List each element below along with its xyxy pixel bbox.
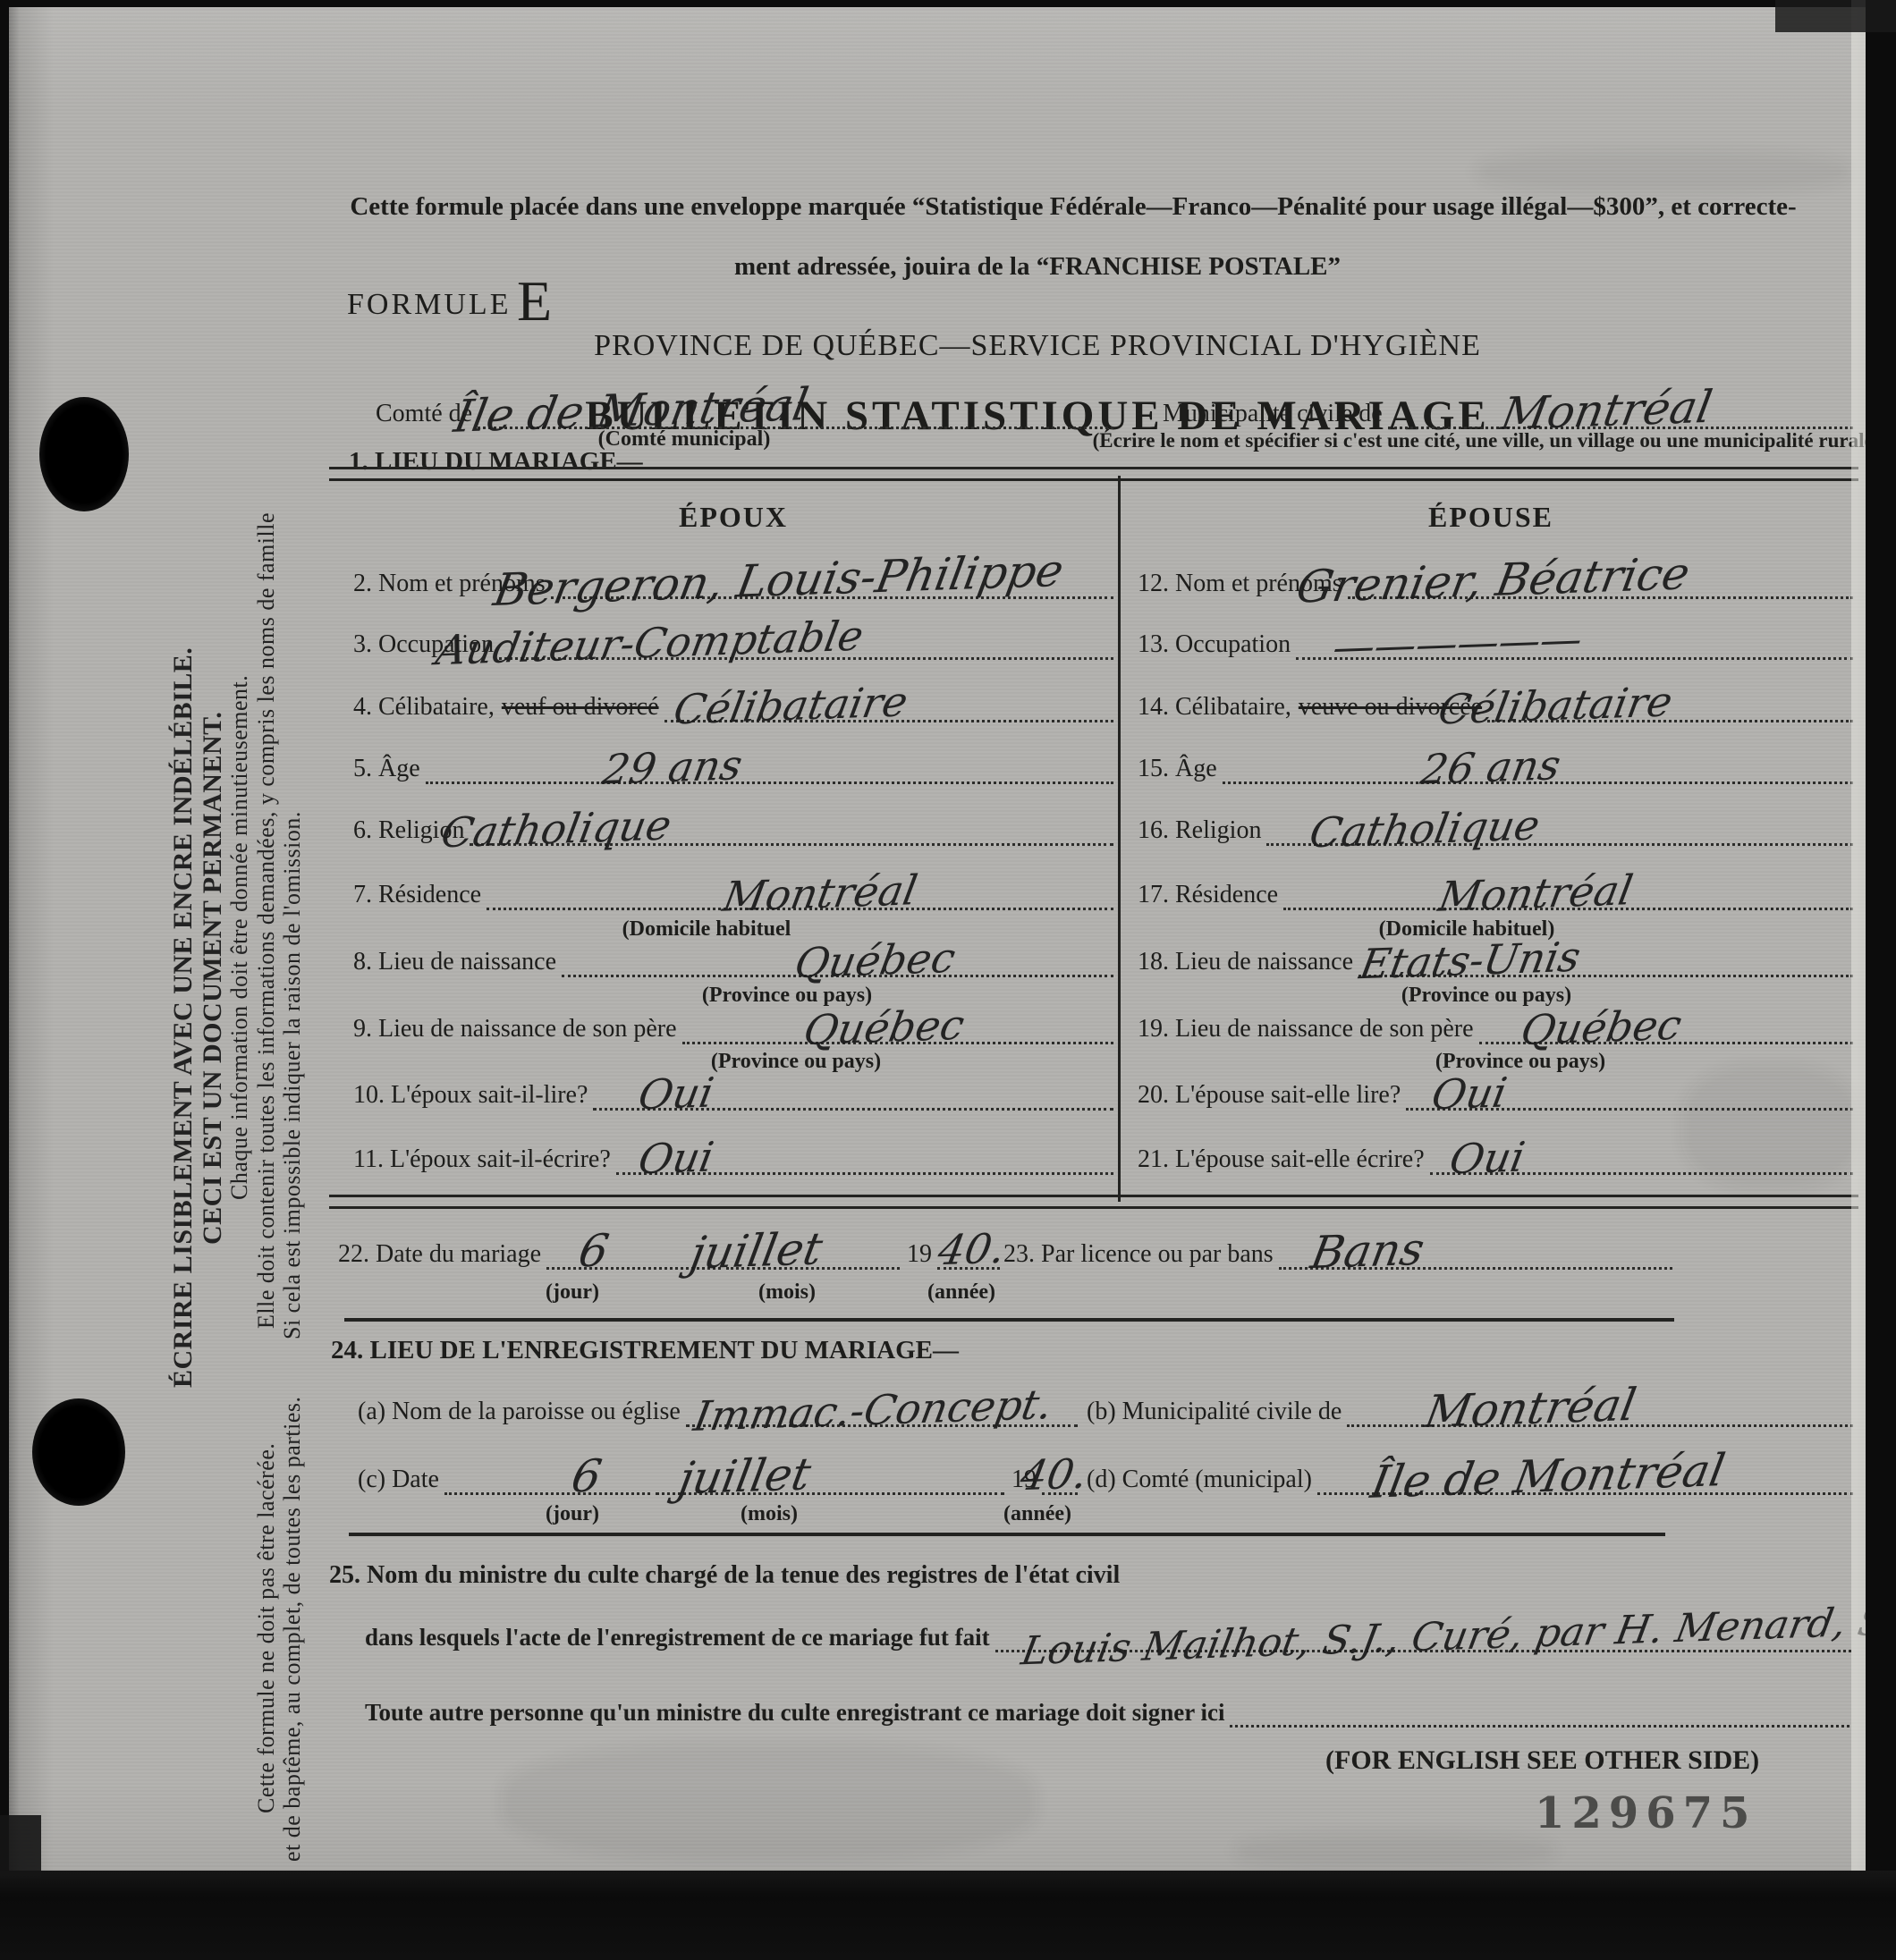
licence-bans-row: 23. Par licence ou par bans Bans (1003, 1234, 1672, 1270)
form-row: 6. Religion Catholique (353, 810, 1113, 846)
form-row: 9. Lieu de naissance de son père Québec (353, 1009, 1113, 1044)
row-label: 17. Résidence (1138, 881, 1278, 910)
postal-notice-line1: Cette formule placée dans une enveloppe … (349, 192, 1798, 222)
mois-sublabel: (mois) (741, 1502, 798, 1526)
form-row: 3. Occupation Auditeur-Comptable (353, 624, 1113, 660)
registration-number-stamp: 129675 (1535, 1788, 1756, 1838)
handwritten-value: Oui (636, 1072, 717, 1116)
handwritten-value: Oui (636, 1136, 717, 1180)
scan-border-left (0, 0, 9, 1960)
table-bottom-rule (329, 1195, 1858, 1209)
comte-row: Comté de Île de Montréal (376, 393, 1113, 429)
scanned-marriage-form: ÉCRIRE LISIBLEMENT AVEC UNE ENCRE INDÉLÉ… (0, 0, 1896, 1960)
scan-light-strip (1851, 0, 1866, 1960)
handwritten-value: Oui (1429, 1072, 1511, 1116)
handwritten-value: Grenier, Béatrice (1293, 551, 1693, 609)
handwritten-value: Célibataire (671, 681, 910, 731)
section-rule (349, 1533, 1665, 1536)
row-label: dans lesquels l'acte de l'enregistrement… (365, 1624, 990, 1652)
signature-line (1230, 1719, 1849, 1728)
row-label: 5. Âge (353, 755, 420, 784)
margin-note: et de baptême, au complet, de toutes les… (279, 1347, 306, 1862)
date-mariage-row: 22. Date du mariage 6 juillet 19 40. (338, 1234, 1000, 1270)
paroisse-row: (a) Nom de la paroisse ou église Immac.-… (358, 1391, 1078, 1427)
section24-heading: 24. LIEU DE L'ENREGISTREMENT DU MARIAGE— (331, 1336, 959, 1365)
form-row: 13. Occupation —————— (1138, 624, 1853, 660)
epoux-header: ÉPOUX (353, 501, 1113, 534)
form-row: 21. L'épouse sait-elle écrire? Oui (1138, 1139, 1853, 1175)
form-row: 14. Célibataire,veuve ou divorcée Céliba… (1138, 687, 1853, 722)
formule-label: FORMULE (347, 288, 511, 322)
handwritten-annee: 40. (935, 1228, 1009, 1271)
form-row: 2. Nom et prénoms Bergeron, Louis-Philip… (353, 563, 1113, 599)
row-label: 8. Lieu de naissance (353, 948, 556, 977)
form-row: 15. Âge 26 ans (1138, 748, 1853, 784)
english-note: (FOR ENGLISH SEE OTHER SIDE) (1325, 1745, 1759, 1776)
postal-notice-line2: ment adressée, jouira de la “FRANCHISE P… (349, 252, 1726, 282)
handwritten-value: Québec (1518, 1004, 1684, 1051)
handwritten-value: Montréal (1422, 1382, 1639, 1434)
handwritten-value: Québec (791, 937, 958, 984)
scan-border-top (0, 0, 1896, 7)
handwritten-value: Montréal (720, 869, 920, 917)
municipalite24-row: (b) Municipalité civile de Montréal (1087, 1391, 1853, 1427)
row-sublabel: (Province ou pays) (1401, 984, 1571, 1008)
autre-signature-row: Toute autre personne qu'un ministre du c… (365, 1692, 1849, 1728)
form-row: 20. L'épouse sait-elle lire? Oui (1138, 1075, 1853, 1111)
section-rule (344, 1318, 1674, 1322)
row-label: (d) Comté (municipal) (1087, 1466, 1312, 1495)
municipalite-sublabel: (Écrire le nom et spécifier si c'est une… (1093, 429, 1881, 452)
row-label: 21. L'épouse sait-elle écrire? (1138, 1145, 1425, 1175)
handwritten-value: 26 ans (1418, 744, 1563, 790)
margin-note: CECI EST UN DOCUMENT PERMANENT. (198, 628, 228, 1245)
annee-sublabel: (année) (927, 1280, 995, 1305)
comte-sublabel: (Comté municipal) (598, 427, 771, 452)
fill-line-jour (444, 1487, 650, 1495)
row-label: (b) Municipalité civile de (1087, 1398, 1342, 1427)
comte24-row: (d) Comté (municipal) Île de Montréal (1087, 1459, 1853, 1495)
row-sublabel: (Domicile habituel (622, 917, 791, 942)
handwritten-value: Bergeron, Louis-Philippe (490, 548, 1066, 612)
handwritten-value: Immac.-Concept. (691, 1383, 1056, 1437)
row-label: 15. Âge (1138, 755, 1217, 784)
form-row: 4. Célibataire,veuf ou divorcé Célibatai… (353, 687, 1113, 722)
ministre-row: dans lesquels l'acte de l'enregistrement… (365, 1617, 1851, 1652)
row-label: 23. Par licence ou par bans (1003, 1240, 1274, 1270)
handwritten-value: Louis Mailhot, S.J., Curé, par H. Menard… (1019, 1601, 1896, 1672)
form-row: 8. Lieu de naissance Québec (353, 942, 1113, 977)
handwritten-value: Bans (1308, 1227, 1427, 1275)
handwritten-mois: juillet (687, 1226, 825, 1275)
form-row: 10. L'époux sait-il-lire? Oui (353, 1075, 1113, 1111)
column-divider (1118, 476, 1121, 1202)
row-label: Toute autre personne qu'un ministre du c… (365, 1699, 1224, 1728)
handwritten-value: Célibataire (1435, 681, 1675, 731)
struck-text: veuf ou divorcé (502, 693, 659, 722)
handwritten-value: Québec (800, 1004, 967, 1051)
form-row: 12. Nom et prénoms Grenier, Béatrice (1138, 563, 1853, 599)
form-row: 7. Résidence Montréal (353, 874, 1113, 910)
handwritten-value: Etats-Unis (1357, 936, 1584, 984)
row-label: 16. Religion (1138, 816, 1261, 846)
handwritten-value: —————— (1330, 618, 1586, 668)
epouse-header: ÉPOUSE (1138, 501, 1844, 534)
row-label: 4. Célibataire, (353, 693, 495, 722)
row-label: 19. Lieu de naissance de son père (1138, 1015, 1474, 1044)
row-label: 20. L'épouse sait-elle lire? (1138, 1081, 1401, 1111)
handwritten-value: Montréal (1435, 869, 1636, 917)
scan-corner-shadow (1775, 0, 1896, 32)
handwritten-value: Catholique (1307, 805, 1543, 854)
row-label: 14. Célibataire, (1138, 693, 1291, 722)
row-label: 13. Occupation (1138, 630, 1291, 660)
handwritten-value: Île de Montréal (1367, 1448, 1728, 1505)
form-row: 5. Âge 29 ans (353, 748, 1113, 784)
row-sublabel: (Province ou pays) (711, 1050, 881, 1074)
margin-note: Si cela est impossible indiquer la raiso… (279, 80, 306, 1339)
scan-corner-shadow (0, 1815, 41, 1878)
row-label: 10. L'époux sait-il-lire? (353, 1081, 588, 1111)
punch-hole (32, 1398, 125, 1506)
scan-border-bottom (0, 1871, 1896, 1960)
mois-sublabel: (mois) (758, 1280, 816, 1305)
formule-letter: E (517, 268, 554, 334)
table-top-rule (329, 467, 1858, 481)
bleed-through-smudge (501, 1744, 1037, 1860)
handwritten-mois: juillet (675, 1451, 814, 1500)
section25-heading: 25. Nom du ministre du culte chargé de l… (329, 1561, 1120, 1590)
bleed-through-smudge (1476, 150, 1851, 193)
date24-row: (c) Date 6 juillet 19 40. (358, 1459, 1078, 1495)
row-label: 22. Date du mariage (338, 1240, 541, 1270)
form-row: 18. Lieu de naissance Etats-Unis (1138, 942, 1853, 977)
row-label: 7. Résidence (353, 881, 481, 910)
municipalite-label: Municipalité civile de (1163, 400, 1383, 429)
row-label: 9. Lieu de naissance de son père (353, 1015, 677, 1044)
handwritten-annee: 40. (1018, 1453, 1091, 1497)
scan-border-right (1866, 0, 1896, 1960)
margin-note: Cette formule ne doit pas être lacérée. (253, 1348, 280, 1813)
punch-hole (39, 397, 129, 511)
handwritten-value: Catholique (438, 805, 674, 854)
province-line: PROVINCE DE QUÉBEC—SERVICE PROVINCIAL D'… (349, 329, 1726, 363)
margin-note: Chaque information doit être donnée minu… (226, 494, 253, 1200)
form-row: 19. Lieu de naissance de son père Québec (1138, 1009, 1853, 1044)
fill-line (426, 776, 1113, 784)
margin-note: Elle doit contenir toutes les informatio… (253, 77, 280, 1329)
row-label: 18. Lieu de naissance (1138, 948, 1353, 977)
row-label: (c) Date (358, 1466, 439, 1495)
form-row: 16. Religion Catholique (1138, 810, 1853, 846)
jour-sublabel: (jour) (546, 1280, 599, 1305)
annee-printed: 19 (907, 1240, 932, 1270)
handwritten-value: Auditeur-Comptable (433, 615, 867, 671)
annee-sublabel: (année) (1003, 1502, 1071, 1526)
form-row: 11. L'époux sait-il-écrire? Oui (353, 1139, 1113, 1175)
row-label: (a) Nom de la paroisse ou église (358, 1398, 681, 1427)
handwritten-value: 29 ans (599, 744, 745, 790)
handwritten-value: Oui (1447, 1136, 1528, 1180)
row-label: 11. L'époux sait-il-écrire? (353, 1145, 611, 1175)
bleed-through-smudge (1234, 1833, 1556, 1869)
jour-sublabel: (jour) (546, 1502, 599, 1526)
form-row: 17. Résidence Montréal (1138, 874, 1853, 910)
margin-note: ÉCRIRE LISIBLEMENT AVEC UNE ENCRE INDÉLÉ… (168, 409, 199, 1388)
municipalite-row: Municipalité civile de Montréal (1163, 393, 1853, 429)
